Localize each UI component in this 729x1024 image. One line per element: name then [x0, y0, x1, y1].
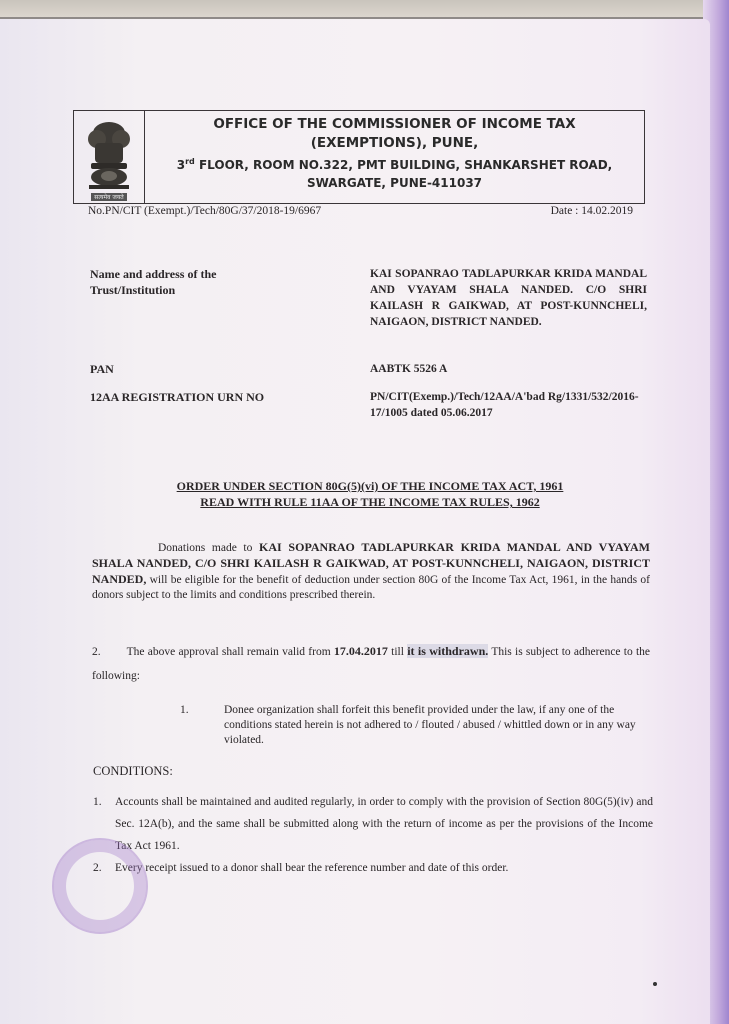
sub-item: 1. Donee organization shall forfeit this… [180, 703, 650, 748]
field-label-trust-name: Name and address of the Trust/Institutio… [90, 266, 220, 298]
office-address-line2: SWARGATE, PUNE-411037 [145, 174, 644, 192]
order-title-line2: READ WITH RULE 11AA OF THE INCOME TAX RU… [100, 494, 640, 510]
paragraph-donations: Donations made to KAI SOPANRAO TADLAPURK… [92, 540, 650, 603]
paragraph-validity: 2.The above approval shall remain valid … [92, 639, 650, 688]
valid-from-date: 17.04.2017 [334, 644, 388, 658]
scan-speck [653, 982, 657, 986]
sub-item-number: 1. [180, 703, 224, 748]
condition-text: Every receipt issued to a donor shall be… [115, 857, 508, 879]
order-title: ORDER UNDER SECTION 80G(5)(vi) OF THE IN… [100, 478, 640, 510]
condition-item: 1. Accounts shall be maintained and audi… [93, 791, 653, 857]
field-label-registration: 12AA REGISTRATION URN NO [90, 389, 264, 405]
emblem-caption: सत्यमेव जयते [91, 193, 126, 201]
office-address-line1: 3rd FLOOR, ROOM NO.322, PMT BUILDING, SH… [145, 153, 644, 174]
reference-line: No.PN/CIT (Exempt.)/Tech/80G/37/2018-19/… [88, 205, 633, 217]
paragraph-number: 2. [92, 646, 101, 658]
order-date: Date : 14.02.2019 [551, 205, 633, 217]
office-subtitle: (EXEMPTIONS), PUNE, [145, 134, 644, 153]
field-label-pan: PAN [90, 361, 114, 377]
condition-text: Accounts shall be maintained and audited… [115, 791, 653, 857]
field-value-registration: PN/CIT(Exemp.)/Tech/12AA/A'bad Rg/1331/5… [370, 389, 647, 421]
office-seal-stamp [52, 838, 148, 934]
valid-until: it is withdrawn. [407, 644, 488, 658]
scan-top-edge [0, 0, 729, 19]
condition-item: 2. Every receipt issued to a donor shall… [93, 857, 653, 879]
order-title-line1: ORDER UNDER SECTION 80G(5)(vi) OF THE IN… [100, 478, 640, 494]
office-address: OFFICE OF THE COMMISSIONER OF INCOME TAX… [145, 111, 644, 203]
reference-number: No.PN/CIT (Exempt.)/Tech/80G/37/2018-19/… [88, 205, 321, 217]
field-value-trust-name: KAI SOPANRAO TADLAPURKAR KRIDA MANDAL AN… [370, 266, 647, 330]
emblem-cell: सत्यमेव जयते [74, 111, 145, 203]
national-emblem-icon [83, 119, 135, 191]
conditions-heading: CONDITIONS: [93, 764, 173, 779]
letterhead: सत्यमेव जयते OFFICE OF THE COMMISSIONER … [73, 110, 645, 204]
sub-item-text: Donee organization shall forfeit this be… [224, 703, 650, 748]
office-title: OFFICE OF THE COMMISSIONER OF INCOME TAX [145, 115, 644, 134]
field-value-pan: AABTK 5526 A [370, 361, 647, 377]
